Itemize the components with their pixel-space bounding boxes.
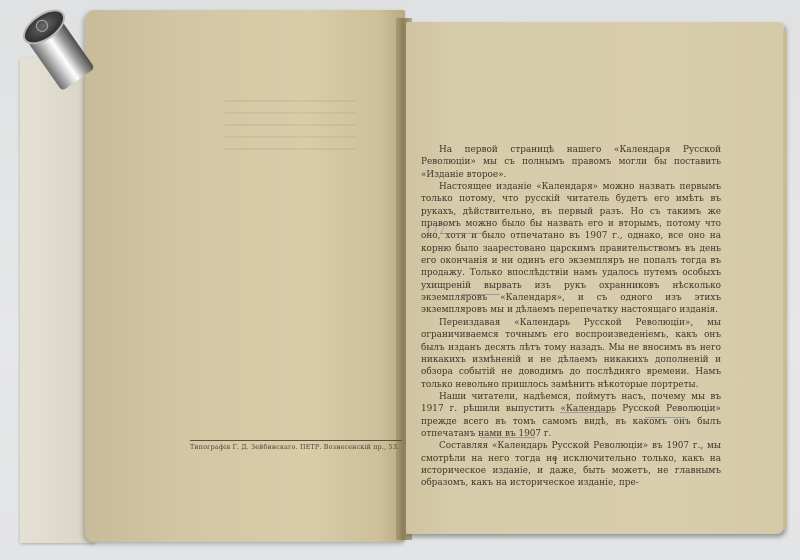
- paragraph: Переиздавая «Календарь Русской Революціи…: [421, 317, 721, 391]
- page-number: 1: [553, 457, 558, 466]
- underlying-sheet: [20, 58, 95, 543]
- page-text: На первой страницѣ нашего «Календаря Рус…: [421, 144, 721, 490]
- pencil-underline: [560, 412, 615, 413]
- pencil-underline: [480, 437, 535, 438]
- show-through-text: [225, 90, 355, 150]
- paragraph: Наши читатели, надѣемся, поймутъ насъ, п…: [421, 391, 721, 440]
- printer-imprint: Типографія Г. Д. Зейбинскаго. ПЕТР. Возн…: [190, 440, 402, 451]
- left-page: [85, 10, 405, 542]
- pencil-underline: [440, 233, 482, 234]
- page-edge: [783, 30, 787, 530]
- paragraph: Составляя «Календарь Русской Революціи» …: [421, 440, 721, 489]
- pencil-underline: [462, 294, 500, 295]
- paragraph: На первой страницѣ нашего «Календаря Рус…: [421, 144, 721, 181]
- paragraph: Настоящее изданіе «Календаря» можно назв…: [421, 181, 721, 317]
- pencil-underline: [645, 417, 685, 418]
